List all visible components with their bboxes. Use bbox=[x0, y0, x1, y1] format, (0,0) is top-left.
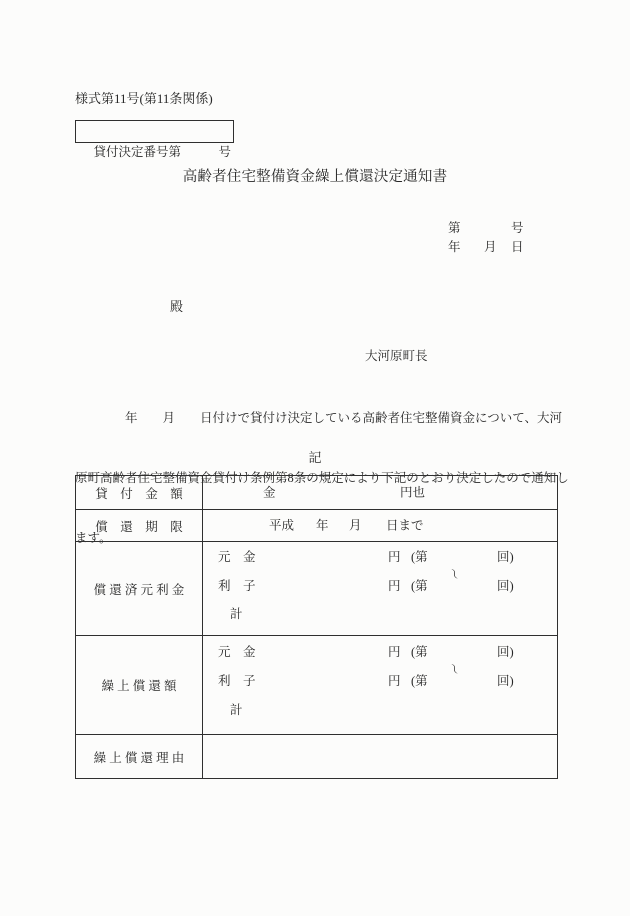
interest-label: 利 子 bbox=[218, 579, 256, 594]
document-title: 高齢者住宅整備資金繰上償還決定通知書 bbox=[0, 165, 630, 186]
principal-round-close: 回) bbox=[497, 550, 514, 565]
early-repayment-reason-label-cell: 繰 上 償 還 理 由 bbox=[76, 734, 202, 778]
early-repayment-reason-value-cell bbox=[202, 734, 557, 778]
loan-amount-prefix: 金 bbox=[263, 485, 276, 500]
doc-number-suffix: 号 bbox=[511, 221, 524, 236]
date-day-label: 日 bbox=[511, 240, 524, 255]
interest-round-close: 回) bbox=[497, 579, 514, 594]
loan-amount-suffix: 円也 bbox=[400, 485, 425, 500]
early-repayment-amount-label-cell: 繰 上 償 還 額 bbox=[76, 635, 202, 734]
range-tilde-mark: 〜 bbox=[446, 566, 462, 582]
repaid-principal-interest-label: 償 還 済 元 利 金 bbox=[94, 580, 185, 598]
date-year-label: 年 bbox=[448, 240, 461, 255]
early-repayment-reason-label: 繰 上 償 還 理 由 bbox=[94, 748, 185, 766]
loan-amount-label-cell: 貸 付 金 額 bbox=[76, 476, 202, 509]
repayment-deadline-label: 償 還 期 限 bbox=[95, 517, 183, 535]
notification-document-page: 様式第11号(第11条関係) 貸付決定番号第 号 高齢者住宅整備資金繰上償還決定… bbox=[0, 0, 630, 916]
deadline-year-label: 年 bbox=[316, 518, 329, 533]
principal-label: 元 金 bbox=[218, 645, 256, 660]
date-month-label: 月 bbox=[484, 240, 497, 255]
loan-decision-number-text: 貸付決定番号第 号 bbox=[94, 145, 232, 159]
principal-round-close: 回) bbox=[497, 645, 514, 660]
total-label: 計 bbox=[230, 703, 243, 718]
total-label: 計 bbox=[230, 607, 243, 622]
principal-yen-unit: 円 bbox=[388, 550, 401, 565]
doc-number-prefix: 第 bbox=[448, 221, 461, 236]
repayment-deadline-value-cell: 平成 年 月 日まで bbox=[202, 509, 557, 541]
deadline-month-label: 月 bbox=[349, 518, 362, 533]
repaid-principal-interest-label-cell: 償 還 済 元 利 金 bbox=[76, 541, 202, 635]
interest-yen-unit: 円 bbox=[388, 579, 401, 594]
range-tilde-mark: 〜 bbox=[446, 661, 462, 677]
repaid-principal-interest-value-cell: 元 金 円 (第 回) 〜 利 子 円 (第 回) 計 bbox=[202, 541, 557, 635]
deadline-day-until-label: 日まで bbox=[386, 518, 424, 533]
sender-name: 大河原町長 bbox=[365, 346, 428, 364]
form-number: 様式第11号(第11条関係) bbox=[75, 88, 213, 107]
interest-round-open: (第 bbox=[411, 579, 428, 594]
addressee-suffix: 殿 bbox=[170, 296, 183, 315]
early-repayment-amount-value-cell: 元 金 円 (第 回) 〜 利 子 円 (第 回) 計 bbox=[202, 635, 557, 734]
interest-yen-unit: 円 bbox=[388, 674, 401, 689]
principal-yen-unit: 円 bbox=[388, 645, 401, 660]
interest-round-open: (第 bbox=[411, 674, 428, 689]
record-heading: 記 bbox=[0, 447, 630, 466]
principal-round-open: (第 bbox=[411, 645, 428, 660]
loan-amount-value-cell: 金 円也 bbox=[202, 476, 557, 509]
principal-round-open: (第 bbox=[411, 550, 428, 565]
early-repayment-amount-label: 繰 上 償 還 額 bbox=[101, 676, 176, 694]
era-label: 平成 bbox=[269, 518, 294, 533]
loan-amount-label: 貸 付 金 額 bbox=[95, 484, 183, 502]
loan-decision-number-box: 貸付決定番号第 号 bbox=[75, 120, 234, 143]
notification-table: 貸 付 金 額 金 円也 償 還 期 限 平成 年 月 日まで 償 還 済 元 … bbox=[75, 475, 558, 779]
interest-round-close: 回) bbox=[497, 674, 514, 689]
body-line: 年 月 日付けで貸付け決定している高齢者住宅整備資金について、大河 bbox=[75, 408, 567, 428]
repayment-deadline-label-cell: 償 還 期 限 bbox=[76, 509, 202, 541]
interest-label: 利 子 bbox=[218, 674, 256, 689]
principal-label: 元 金 bbox=[218, 550, 256, 565]
